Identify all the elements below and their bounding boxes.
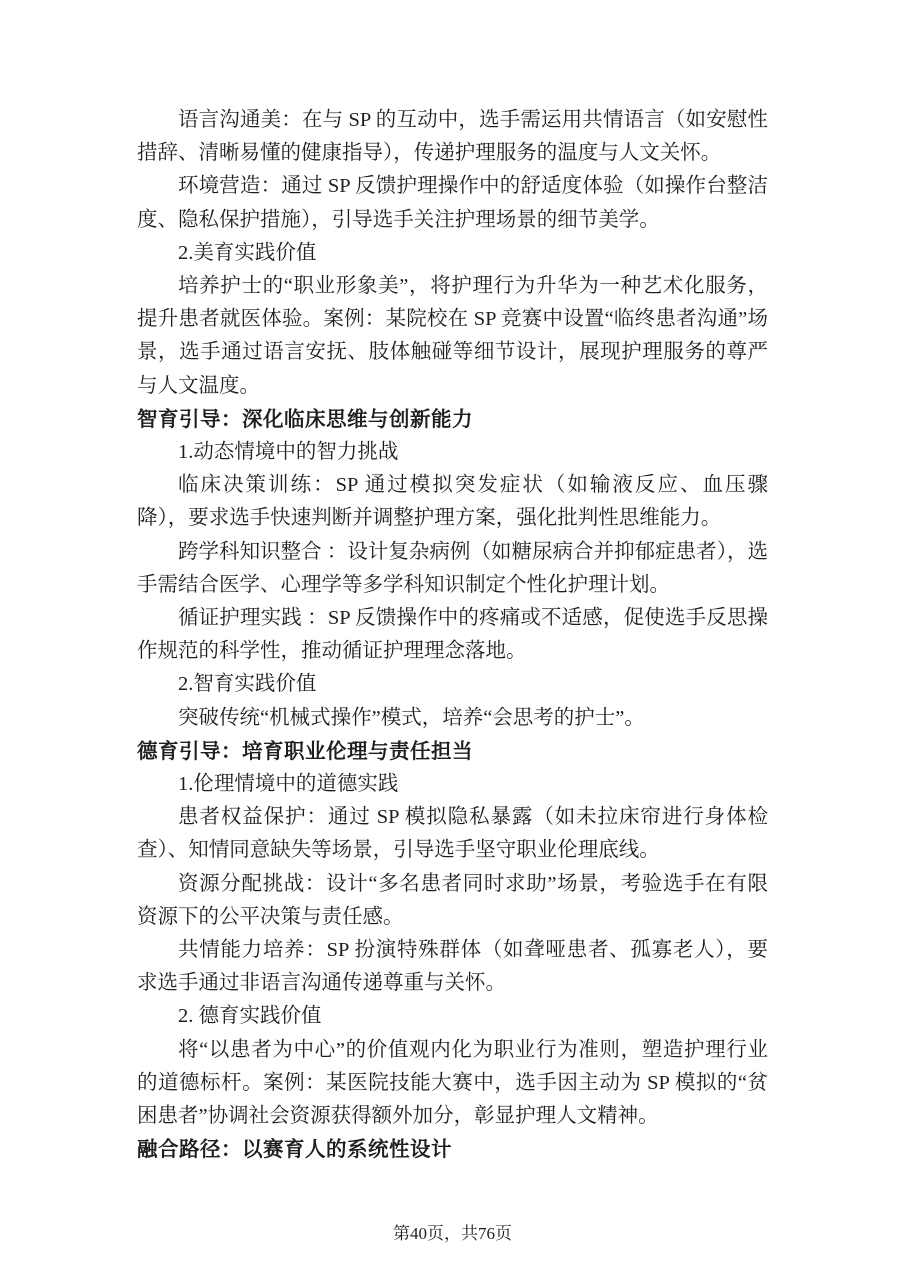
body-paragraph: 语言沟通美：在与 SP 的互动中，选手需运用共情语言（如安慰性措辞、清晰易懂的健… bbox=[137, 104, 768, 170]
body-paragraph: 跨学科知识整合 ：设计复杂病例（如糖尿病合并抑郁症患者），选手需结合医学、心理学… bbox=[137, 536, 768, 602]
body-paragraph: 2.美育实践价值 bbox=[137, 237, 768, 270]
body-paragraph: 2.智育实践价值 bbox=[137, 668, 768, 701]
body-paragraph: 资源分配挑战：设计“多名患者同时求助”场景，考验选手在有限资源下的公平决策与责任… bbox=[137, 868, 768, 934]
body-paragraph: 临床决策训练：SP 通过模拟突发症状（如输液反应、血压骤降），要求选手快速判断并… bbox=[137, 469, 768, 535]
body-paragraph: 培养护士的“职业形象美”，将护理行为升华为一种艺术化服务，提升患者就医体验。案例… bbox=[137, 270, 768, 403]
document-page: 语言沟通美：在与 SP 的互动中，选手需运用共情语言（如安慰性措辞、清晰易懂的健… bbox=[0, 0, 905, 1280]
document-body: 语言沟通美：在与 SP 的互动中，选手需运用共情语言（如安慰性措辞、清晰易懂的健… bbox=[137, 104, 768, 1167]
body-paragraph: 1.伦理情境中的道德实践 bbox=[137, 768, 768, 801]
body-paragraph: 突破传统“机械式操作”模式，培养“会思考的护士”。 bbox=[137, 702, 768, 735]
page-footer: 第40页，共76页 bbox=[0, 1219, 905, 1244]
body-paragraph: 共情能力培养：SP 扮演特殊群体（如聋哑患者、孤寡老人），要求选手通过非语言沟通… bbox=[137, 934, 768, 1000]
body-paragraph: 患者权益保护：通过 SP 模拟隐私暴露（如未拉床帘进行身体检查）、知情同意缺失等… bbox=[137, 801, 768, 867]
section-heading: 智育引导：深化临床思维与创新能力 bbox=[137, 403, 768, 436]
body-paragraph: 1.动态情境中的智力挑战 bbox=[137, 436, 768, 469]
body-paragraph: 循证护理实践 ：SP 反馈操作中的疼痛或不适感，促使选手反思操作规范的科学性，推… bbox=[137, 602, 768, 668]
section-heading: 德育引导：培育职业伦理与责任担当 bbox=[137, 735, 768, 768]
body-paragraph: 环境营造：通过 SP 反馈护理操作中的舒适度体验（如操作台整洁度、隐私保护措施）… bbox=[137, 170, 768, 236]
body-paragraph: 2. 德育实践价值 bbox=[137, 1000, 768, 1033]
section-heading: 融合路径：以赛育人的系统性设计 bbox=[137, 1133, 768, 1166]
body-paragraph: 将“以患者为中心”的价值观内化为职业行为准则，塑造护理行业的道德标杆。案例：某医… bbox=[137, 1034, 768, 1134]
page-number-label: 第40页，共76页 bbox=[393, 1224, 512, 1243]
